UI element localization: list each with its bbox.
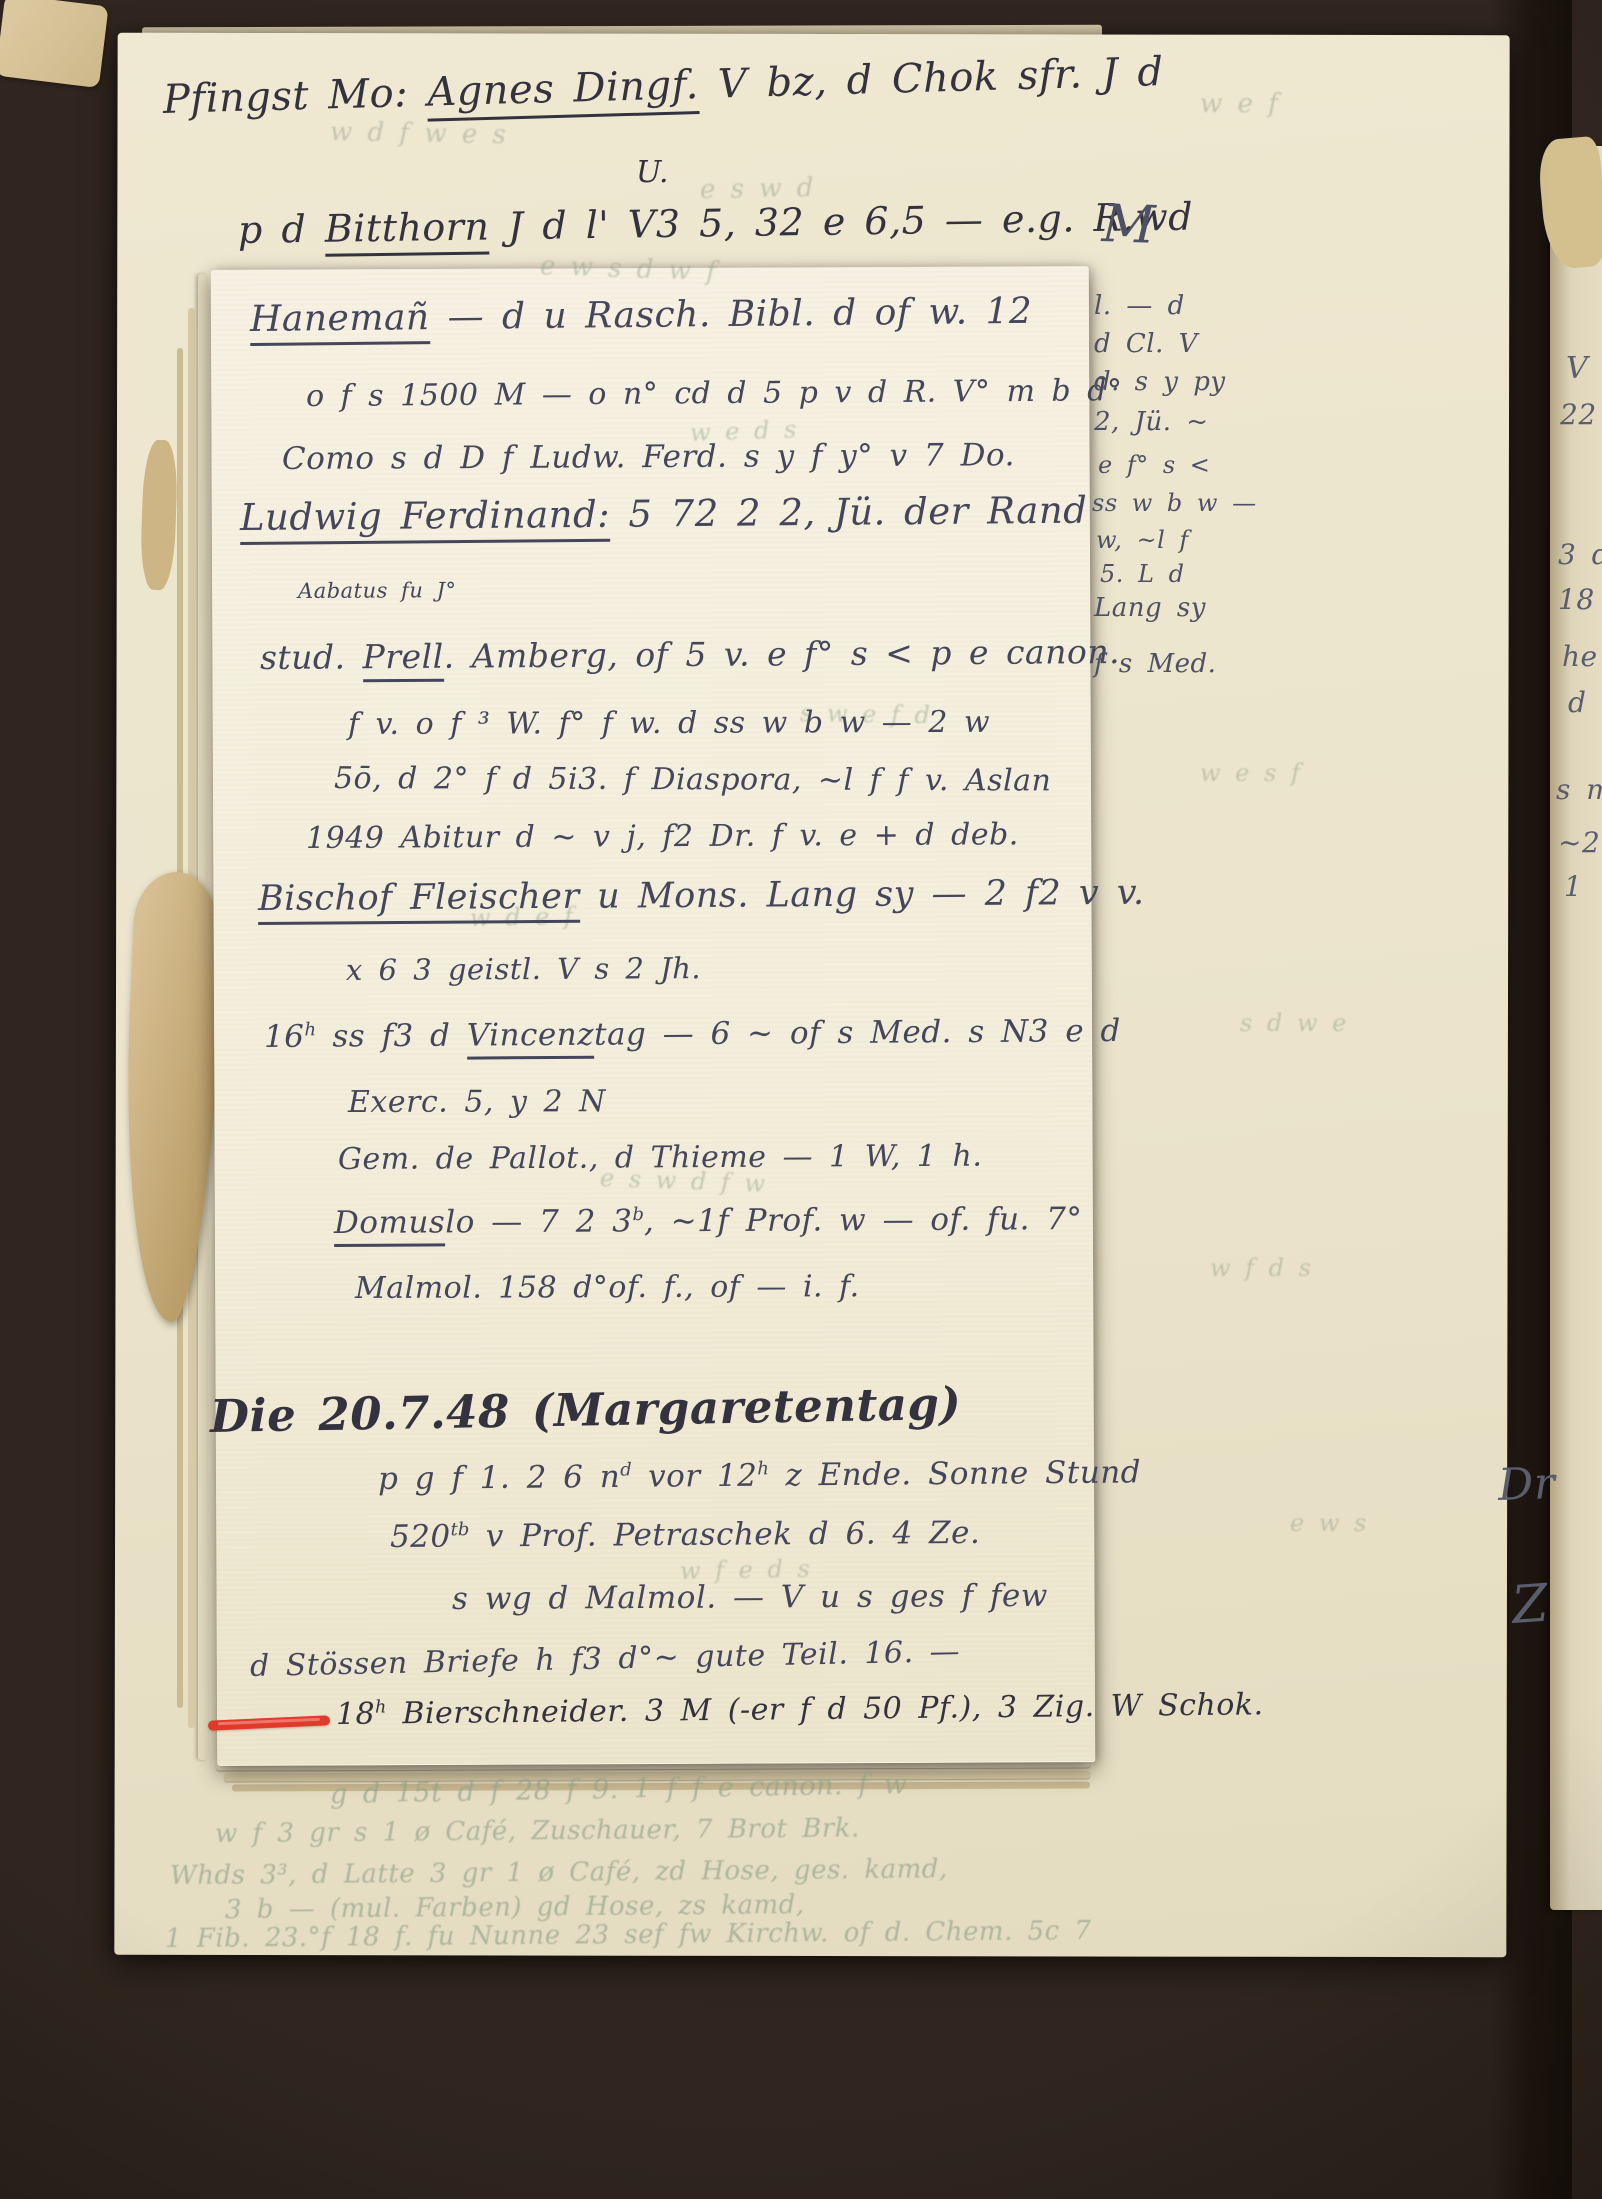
- diary-photo: g d 15t d f 28 f 9. 1 f f e canon. f ww …: [0, 0, 1602, 2199]
- notebook-page-top: [211, 266, 1096, 1766]
- facing-page-edge: [1550, 146, 1602, 1910]
- tape-patch: [0, 0, 109, 88]
